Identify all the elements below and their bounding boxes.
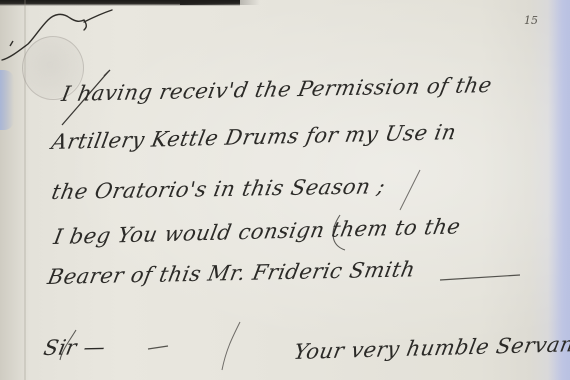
letter-body: I having receiv'd the Permission of the …: [0, 0, 570, 380]
letter-salutation: Sir —: [42, 335, 108, 360]
letter-closing: Your very humble Servant: [292, 332, 570, 364]
letter-line-1: I having receiv'd the Permission of the: [60, 73, 494, 106]
letter-line-2: Artillery Kettle Drums for my Use in: [50, 120, 459, 154]
letter-page: 15 I having receiv'd the Permission of t…: [0, 0, 570, 380]
letter-line-4: I beg You would consign them to the: [52, 214, 463, 249]
letter-line-5: Bearer of this Mr. Frideric Smith: [46, 257, 418, 289]
letter-line-3: the Oratorio's in this Season ;: [50, 174, 388, 204]
